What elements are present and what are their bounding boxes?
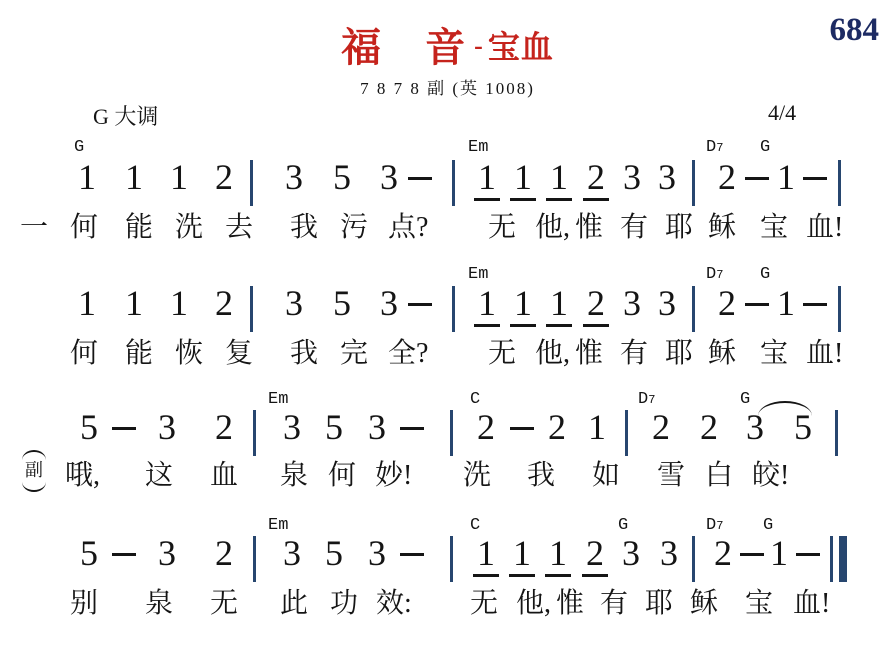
note-digit: 3 xyxy=(368,534,386,574)
chorus-marker-paren-top xyxy=(22,450,46,460)
barline xyxy=(692,286,695,332)
lyric-syllable: 血! xyxy=(793,588,830,620)
hymn-title-dash: - xyxy=(474,31,483,60)
note-digit: 5 xyxy=(80,534,98,574)
lyric-syllable: 无 xyxy=(488,338,516,370)
chorus-marker-label: 副 xyxy=(25,460,43,482)
duration-dash xyxy=(510,427,534,430)
note-digit: 1 xyxy=(510,158,536,201)
lyric-syllable: 我 xyxy=(290,212,318,244)
lyric-syllable: 能 xyxy=(125,212,153,244)
lyric-syllable: 洗 xyxy=(463,460,491,492)
barline xyxy=(830,536,833,582)
note-digit: 5 xyxy=(325,534,343,574)
note-digit: 2 xyxy=(477,408,495,448)
barline xyxy=(253,536,256,582)
note-digit: 2 xyxy=(714,534,732,574)
lyric-syllable: 他, xyxy=(535,338,570,370)
duration-dash xyxy=(112,553,136,556)
note-digit: 2 xyxy=(215,408,233,448)
lyric-syllable: 泉 xyxy=(145,588,173,620)
note-digit: 1 xyxy=(588,408,606,448)
note-digit: 2 xyxy=(652,408,670,448)
note-digit: 3 xyxy=(285,158,303,198)
note-digit: 1 xyxy=(510,284,536,327)
lyric-syllable: 宝 xyxy=(760,212,788,244)
barline xyxy=(250,160,253,206)
lyric-syllable: 惟 xyxy=(575,338,603,370)
verse-number: 一 xyxy=(20,212,48,244)
lyric-syllable: 妙! xyxy=(375,460,412,492)
lyric-syllable: 稣 xyxy=(708,212,736,244)
lyric-syllable: 他, xyxy=(516,588,551,620)
lyric-syllable: 稣 xyxy=(708,338,736,370)
note-digit: 3 xyxy=(658,284,676,324)
note-digit: 3 xyxy=(283,534,301,574)
note-digit: 3 xyxy=(660,534,678,574)
duration-dash xyxy=(796,553,820,556)
note-digit: 1 xyxy=(474,284,500,327)
note-digit: 1 xyxy=(78,158,96,198)
note-digit: 3 xyxy=(658,158,676,198)
note-digit: 3 xyxy=(623,284,641,324)
note-digit: 1 xyxy=(170,284,188,324)
note-digit: 3 xyxy=(285,284,303,324)
lyric-syllable: 别 xyxy=(70,588,98,620)
note-digit: 1 xyxy=(509,534,535,577)
chord-label: G xyxy=(74,139,84,158)
lyric-syllable: 能 xyxy=(125,338,153,370)
lyric-syllable: 污 xyxy=(340,212,368,244)
lyric-syllable: 宝 xyxy=(760,338,788,370)
note-digit: 5 xyxy=(325,408,343,448)
lyric-syllable: 洗 xyxy=(175,212,203,244)
hymn-title-subtitle: 宝血 xyxy=(488,29,554,65)
lyric-syllable: 他, xyxy=(535,212,570,244)
lyric-syllable: 泉 xyxy=(280,460,308,492)
lyric-syllable: 功 xyxy=(330,588,358,620)
chord-label: G xyxy=(760,139,770,158)
note-digit: 2 xyxy=(215,534,233,574)
chorus-marker-paren-bottom xyxy=(22,482,46,492)
note-digit: 1 xyxy=(125,284,143,324)
lyric-syllable: 我 xyxy=(290,338,318,370)
key-signature-label: G 大调 xyxy=(93,100,158,131)
duration-dash xyxy=(803,177,827,180)
note-digit: 3 xyxy=(380,158,398,198)
note-digit: 1 xyxy=(125,158,143,198)
barline xyxy=(692,536,695,582)
duration-dash xyxy=(400,427,424,430)
lyric-syllable: 何 xyxy=(70,338,98,370)
lyric-syllable: 有 xyxy=(600,588,628,620)
note-digit: 3 xyxy=(380,284,398,324)
barline xyxy=(625,410,628,456)
chord-extension: 7 xyxy=(648,393,655,407)
lyric-syllable: 白 xyxy=(705,460,733,492)
lyric-syllable: 这 xyxy=(145,460,173,492)
note-digit: 2 xyxy=(583,158,609,201)
note-digit: 2 xyxy=(582,534,608,577)
note-digit: 1 xyxy=(170,158,188,198)
note-digit: 1 xyxy=(546,158,572,201)
note-digit: 3 xyxy=(283,408,301,448)
chord-extension: 7 xyxy=(716,268,723,282)
lyric-syllable: 雪 xyxy=(657,460,685,492)
barline xyxy=(450,536,453,582)
duration-dash xyxy=(408,177,432,180)
barline xyxy=(250,286,253,332)
chord-label: G xyxy=(760,266,770,285)
duration-dash xyxy=(745,177,769,180)
chord-label: D7 xyxy=(706,266,723,285)
hymn-sheet-page: 福 音-宝血 684 7 8 7 8 副 (英 1008) G 大调 4/4 G… xyxy=(0,0,895,662)
note-digit: 1 xyxy=(770,534,788,574)
note-digit: 2 xyxy=(700,408,718,448)
barline xyxy=(253,410,256,456)
note-digit: 2 xyxy=(548,408,566,448)
lyric-syllable: 复 xyxy=(225,338,253,370)
duration-dash xyxy=(400,553,424,556)
chord-label: D7 xyxy=(706,139,723,158)
slur-tie xyxy=(758,401,812,416)
chord-label: Em xyxy=(468,139,488,158)
barline xyxy=(450,410,453,456)
note-digit: 2 xyxy=(718,284,736,324)
lyric-syllable: 点? xyxy=(388,212,428,244)
lyric-syllable: 无 xyxy=(470,588,498,620)
lyric-syllable: 血! xyxy=(806,212,843,244)
lyric-syllable: 完 xyxy=(340,338,368,370)
lyric-syllable: 我 xyxy=(527,460,555,492)
note-digit: 5 xyxy=(80,408,98,448)
hymn-number: 684 xyxy=(830,12,880,49)
duration-dash xyxy=(112,427,136,430)
barline xyxy=(692,160,695,206)
lyric-syllable: 无 xyxy=(488,212,516,244)
lyric-syllable: 如 xyxy=(592,460,620,492)
lyric-syllable: 惟 xyxy=(556,588,584,620)
lyric-syllable: 皎! xyxy=(752,460,789,492)
note-digit: 5 xyxy=(333,158,351,198)
barline xyxy=(452,160,455,206)
meter-info: 7 8 7 8 副 (英 1008) xyxy=(0,74,895,99)
note-digit: 1 xyxy=(474,158,500,201)
hymn-title: 福 音-宝血 xyxy=(0,16,895,73)
note-digit: 1 xyxy=(473,534,499,577)
note-digit: 2 xyxy=(215,158,233,198)
lyric-syllable: 耶 xyxy=(665,212,693,244)
lyric-syllable: 何 xyxy=(70,212,98,244)
lyric-syllable: 去 xyxy=(225,212,253,244)
lyric-syllable: 血! xyxy=(806,338,843,370)
hymn-title-main: 福 音 xyxy=(341,25,467,70)
chord-label: Em xyxy=(468,266,488,285)
lyric-syllable: 哦, xyxy=(65,460,100,492)
final-barline-thick xyxy=(839,536,847,582)
duration-dash xyxy=(408,303,432,306)
lyric-syllable: 宝 xyxy=(745,588,773,620)
note-digit: 1 xyxy=(546,284,572,327)
barline xyxy=(838,286,841,332)
lyric-syllable: 血 xyxy=(210,460,238,492)
note-digit: 3 xyxy=(368,408,386,448)
lyric-syllable: 恢 xyxy=(175,338,203,370)
note-digit: 5 xyxy=(333,284,351,324)
note-digit: 1 xyxy=(545,534,571,577)
duration-dash xyxy=(803,303,827,306)
barline xyxy=(452,286,455,332)
lyric-syllable: 有 xyxy=(620,212,648,244)
lyric-syllable: 耶 xyxy=(665,338,693,370)
lyric-syllable: 有 xyxy=(620,338,648,370)
chorus-marker: 副 xyxy=(22,450,46,492)
note-digit: 2 xyxy=(583,284,609,327)
note-digit: 3 xyxy=(158,408,176,448)
duration-dash xyxy=(745,303,769,306)
chord-extension: 7 xyxy=(716,141,723,155)
lyric-syllable: 耶 xyxy=(645,588,673,620)
note-digit: 3 xyxy=(623,158,641,198)
lyric-syllable: 此 xyxy=(280,588,308,620)
lyric-syllable: 无 xyxy=(210,588,238,620)
note-digit: 3 xyxy=(158,534,176,574)
lyric-syllable: 何 xyxy=(328,460,356,492)
note-digit: 1 xyxy=(78,284,96,324)
barline xyxy=(835,410,838,456)
lyric-syllable: 惟 xyxy=(575,212,603,244)
lyric-syllable: 效: xyxy=(376,588,412,620)
note-digit: 2 xyxy=(215,284,233,324)
time-signature: 4/4 xyxy=(768,100,796,126)
note-digit: 1 xyxy=(777,158,795,198)
lyric-syllable: 稣 xyxy=(690,588,718,620)
lyric-syllable: 全? xyxy=(388,338,428,370)
duration-dash xyxy=(740,553,764,556)
note-digit: 3 xyxy=(622,534,640,574)
barline xyxy=(838,160,841,206)
note-digit: 1 xyxy=(777,284,795,324)
note-digit: 2 xyxy=(718,158,736,198)
chord-extension: 7 xyxy=(716,519,723,533)
